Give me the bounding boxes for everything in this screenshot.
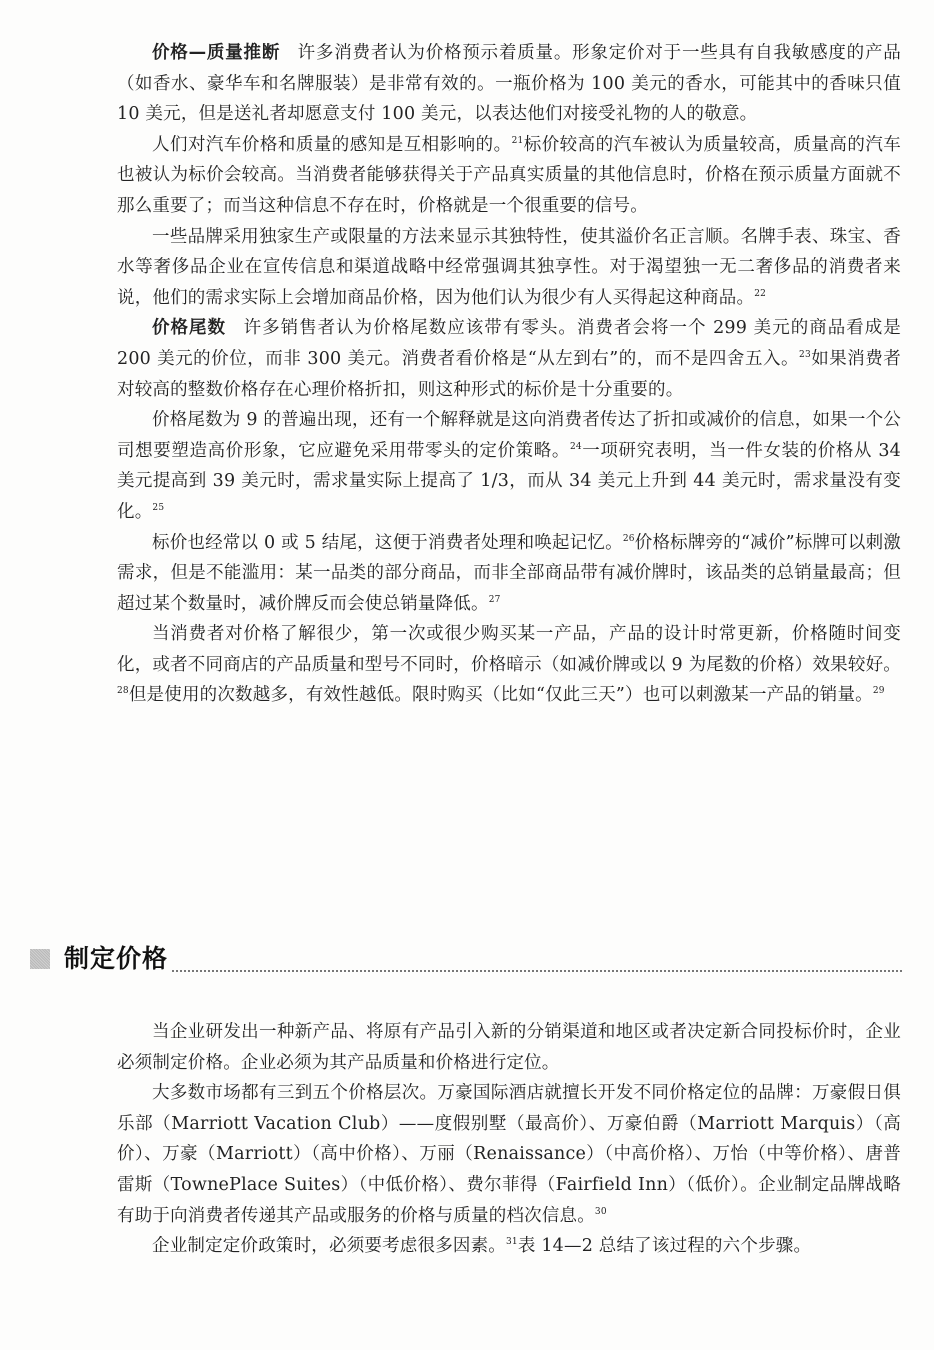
paragraph-marriott-tiers: 大多数市场都有三到五个价格层次。万豪国际酒店就擅长开发不同价格定位的品牌：万豪假… [117,1078,901,1231]
paragraph-text: 当企业研发出一种新产品、将原有产品引入新的分销渠道和地区或者决定新合同投标价时，… [117,1022,901,1073]
footnote-ref[interactable]: 31 [506,1237,518,1247]
paragraph-lead-heading: 价格尾数 [152,318,226,338]
footnote-ref[interactable]: 29 [873,686,885,696]
footnote-ref[interactable]: 22 [754,289,766,299]
footnote-ref[interactable]: 27 [489,595,501,605]
paragraph-nine-endings: 价格尾数为 9 的普遍出现，还有一个解释就是这向消费者传达了折扣或减价的信息，如… [117,405,901,527]
section-price-cues: 价格—质量推断许多消费者认为价格预示着质量。形象定价对于一些具有自我敏感度的产品… [117,38,901,711]
heading-square-marker-icon [30,949,50,969]
paragraph-text: 企业制定定价政策时，必须要考虑很多因素。 [152,1236,506,1256]
footnote-ref[interactable]: 26 [623,534,635,544]
paragraph-text: 标价也经常以 0 或 5 结尾，这便于消费者处理和唤起记忆。 [152,533,623,553]
paragraph-text: 大多数市场都有三到五个价格层次。万豪国际酒店就擅长开发不同价格定位的品牌：万豪假… [117,1083,901,1225]
footnote-ref[interactable]: 21 [512,136,524,146]
paragraph-price-cues-effectiveness: 当消费者对价格了解很少，第一次或很少购买某一产品，产品的设计时常更新，价格随时间… [117,619,901,711]
paragraph-lead-heading: 价格—质量推断 [152,43,280,63]
section-heading: 制定价格 [30,939,902,979]
paragraph-sale-signs: 标价也经常以 0 或 5 结尾，这便于消费者处理和唤起记忆。26价格标牌旁的“减… [117,528,901,620]
paragraph-text: 表 14—2 总结了该过程的六个步骤。 [518,1236,811,1256]
footnote-ref[interactable]: 24 [570,442,582,452]
footnote-ref[interactable]: 28 [117,686,129,696]
footnote-ref[interactable]: 30 [595,1207,607,1217]
paragraph-text: 当消费者对价格了解很少，第一次或很少购买某一产品，产品的设计时常更新，价格随时间… [117,624,901,675]
paragraph-price-quality-inference: 价格—质量推断许多消费者认为价格预示着质量。形象定价对于一些具有自我敏感度的产品… [117,38,901,130]
footnote-ref[interactable]: 23 [799,350,811,360]
paragraph-car-price-quality: 人们对汽车价格和质量的感知是互相影响的。21标价较高的汽车被认为质量较高，质量高… [117,130,901,222]
paragraph-text: 但是使用的次数越多，有效性越低。限时购买（比如“仅此三天”）也可以刺激某一产品的… [129,685,873,705]
paragraph-price-endings: 价格尾数许多销售者认为价格尾数应该带有零头。消费者会将一个 299 美元的商品看… [117,313,901,405]
paragraph-text: 人们对汽车价格和质量的感知是互相影响的。 [152,135,512,155]
dotted-rule-divider [172,970,902,972]
section-setting-price: 当企业研发出一种新产品、将原有产品引入新的分销渠道和地区或者决定新合同投标价时，… [117,1017,901,1262]
section-title: 制定价格 [64,939,168,979]
paragraph-pricing-steps: 企业制定定价政策时，必须要考虑很多因素。31表 14—2 总结了该过程的六个步骤… [117,1231,901,1262]
paragraph-text: 一些品牌采用独家生产或限量的方法来显示其独特性，使其溢价名正言顺。名牌手表、珠宝… [117,227,901,308]
footnote-ref[interactable]: 25 [152,503,164,513]
paragraph-intro: 当企业研发出一种新产品、将原有产品引入新的分销渠道和地区或者决定新合同投标价时，… [117,1017,901,1078]
paragraph-text: 许多销售者认为价格尾数应该带有零头。消费者会将一个 299 美元的商品看成是 2… [117,318,901,369]
paragraph-exclusivity: 一些品牌采用独家生产或限量的方法来显示其独特性，使其溢价名正言顺。名牌手表、珠宝… [117,222,901,314]
